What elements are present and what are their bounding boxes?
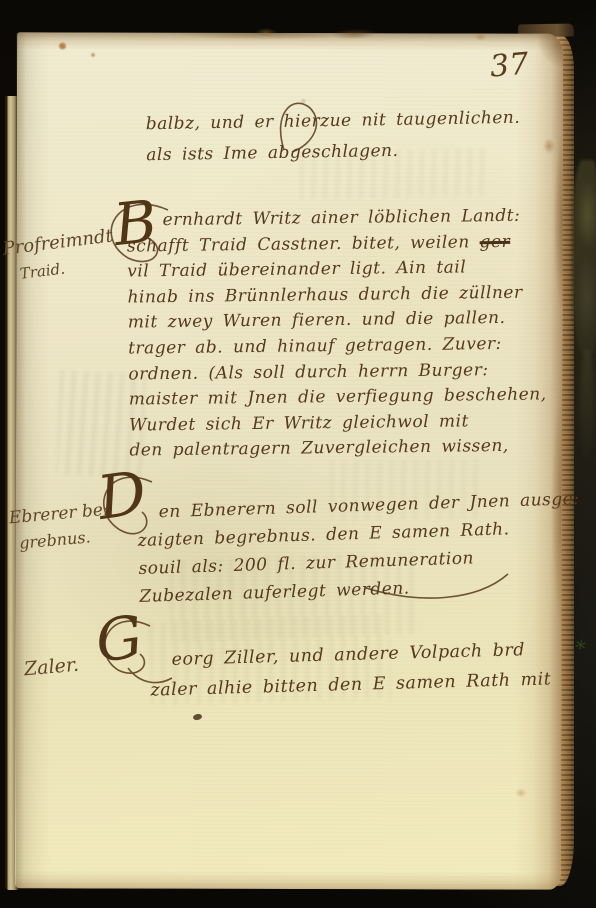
entry-zaler-paragraph: eorg Ziller, und andere Volpach brd zale… xyxy=(149,634,551,705)
folio-number: 37 xyxy=(489,46,531,84)
manuscript-photo: 37 balbz, und er hierzue nit taugenliche… xyxy=(0,0,596,908)
margin-note-begraebnus: Ebrerer be: grebnus. xyxy=(8,498,112,557)
green-asterisk-mark: * xyxy=(573,635,587,660)
entry-begraebnus-paragraph: en Ebnerern soll vonwegen der Jnen ausge… xyxy=(136,485,582,611)
binding-strap-tail xyxy=(580,350,594,460)
continuation-paragraph: balbz, und er hierzue nit taugenlichen. … xyxy=(145,103,521,172)
text-line: als ists Ime abgeschlagen. xyxy=(146,134,521,172)
binding-strap xyxy=(572,160,596,355)
entry-traid-paragraph: ernhardt Writz ainer löblichen Landt: sc… xyxy=(126,203,547,464)
text-line: schafft Traid Casstner. bitet, weilen ge… xyxy=(127,229,545,260)
text-line: den palentragern Zuvergleichen wissen, xyxy=(129,434,547,465)
text-line: maister mit Jnen die verfiegung beschehe… xyxy=(129,383,547,414)
initial-letter: G xyxy=(92,607,146,671)
text-line: balbz, und er hierzue nit taugenlichen. xyxy=(145,103,520,141)
